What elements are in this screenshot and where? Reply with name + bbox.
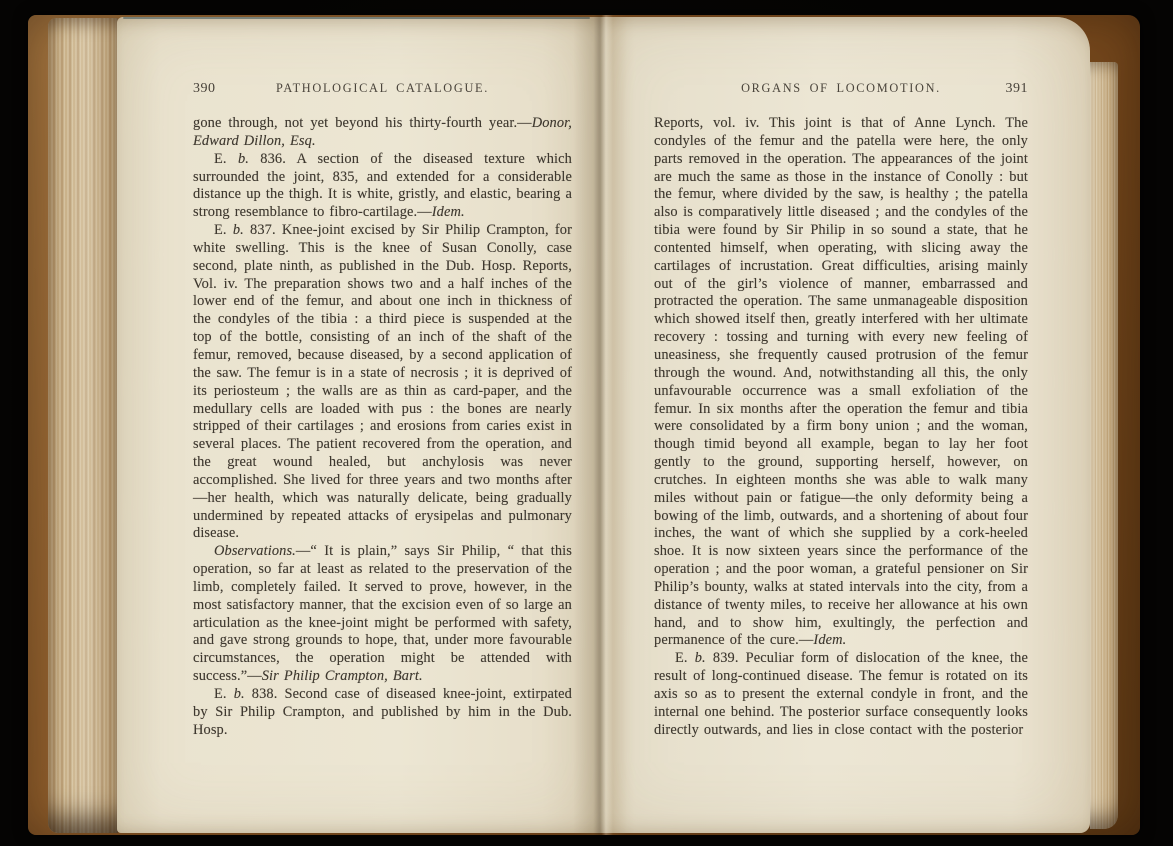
paragraph: gone through, not yet beyond his thirty-…	[193, 115, 572, 151]
paragraph: Reports, vol. iv. This joint is that of …	[654, 115, 1028, 650]
right-page-edges	[1090, 62, 1118, 829]
running-head-right: ORGANS OF LOCOMOTION.	[702, 81, 980, 96]
photo-background: 390 PATHOLOGICAL CATALOGUE. gone through…	[0, 0, 1173, 846]
paragraph: E. b. 837. Knee-joint excised by Sir Phi…	[193, 222, 572, 543]
page-number-left: 390	[193, 81, 241, 97]
running-head-left: PATHOLOGICAL CATALOGUE.	[241, 81, 524, 96]
paragraph: E. b. 836. A section of the diseased tex…	[193, 151, 572, 222]
page-right: ORGANS OF LOCOMOTION. 391 Reports, vol. …	[600, 17, 1090, 833]
page-left-text: gone through, not yet beyond his thirty-…	[193, 115, 572, 740]
page-left-header: 390 PATHOLOGICAL CATALOGUE.	[193, 81, 572, 97]
page-right-header: ORGANS OF LOCOMOTION. 391	[654, 81, 1028, 97]
page-number-right: 391	[980, 81, 1028, 97]
page-left: 390 PATHOLOGICAL CATALOGUE. gone through…	[117, 17, 600, 833]
paragraph: Observations.—“ It is plain,” says Sir P…	[193, 543, 572, 686]
page-right-text: Reports, vol. iv. This joint is that of …	[654, 115, 1028, 740]
paragraph: E. b. 838. Second case of diseased knee-…	[193, 686, 572, 740]
paragraph: E. b. 839. Peculiar form of dislocation …	[654, 650, 1028, 739]
left-page-edges	[48, 18, 118, 833]
